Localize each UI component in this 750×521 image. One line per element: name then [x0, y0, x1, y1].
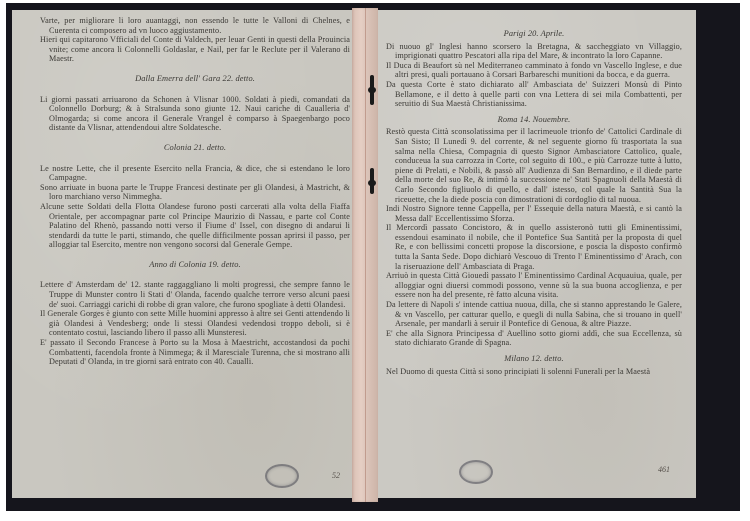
paragraph: Le nostre Lette, che il presente Esercit…	[40, 164, 350, 183]
library-stamp	[459, 460, 493, 484]
paragraph: Da lettere di Napoli s' intende cattiua …	[386, 300, 682, 329]
binding-thread-mark	[370, 75, 374, 105]
paragraph: Il Generale Gorges è giunto con sette Mi…	[40, 309, 350, 338]
left-page-text: Varte, per migliorare li loro auantaggi,…	[40, 16, 350, 367]
paragraph: Il Duca di Beaufort sù nel Mediterraneo …	[386, 61, 682, 80]
paragraph: Indi Nostro Signore tenne Cappella, per …	[386, 204, 682, 223]
paragraph: Il Mercordì passato Concistoro, & in que…	[386, 223, 682, 271]
book-gutter	[352, 8, 378, 502]
paragraph: Sono arriuate in buona parte le Truppe F…	[40, 183, 350, 202]
page-number: 461	[658, 465, 670, 474]
library-stamp	[265, 464, 299, 488]
paragraph: Li giorni passati arriuarono da Schonen …	[40, 95, 350, 133]
dateline-heading: Milano 12. detto.	[386, 354, 682, 364]
binding-thread-mark	[370, 168, 374, 194]
left-page: Varte, per migliorare li loro auantaggi,…	[12, 10, 362, 498]
dateline-heading: Dalla Emerra dell' Gara 22. detto.	[40, 74, 350, 84]
page-number: 52	[332, 471, 340, 480]
dateline-heading: Anno di Colonia 19. detto.	[40, 260, 350, 270]
paragraph: Hieri qui capitarono Vfficiali del Conte…	[40, 35, 350, 64]
paragraph: Nel Duomo di questa Città si sono princi…	[386, 367, 682, 377]
paragraph: Alcune sette Soldati della Flotta Olande…	[40, 202, 350, 250]
gutter-fold-line	[365, 8, 366, 502]
paragraph: Varte, per migliorare li loro auantaggi,…	[40, 16, 350, 35]
paragraph: E' che alla Signora Principessa d' Auell…	[386, 329, 682, 348]
paragraph: Arriuò in questa Città Giouedì passato l…	[386, 271, 682, 300]
paragraph: Restò questa Città sconsolatissima per i…	[386, 127, 682, 204]
paragraph: Lettere d' Amsterdam de' 12. stante ragg…	[40, 280, 350, 309]
paragraph: Di nuouo gl' Inglesi hanno scorsero la B…	[386, 42, 682, 61]
paragraph: E' passato il Secondo Francese à Porto s…	[40, 338, 350, 367]
right-page: Parigi 20. Aprile. Di nuouo gl' Inglesi …	[368, 10, 696, 498]
right-page-text: Parigi 20. Aprile. Di nuouo gl' Inglesi …	[386, 23, 682, 376]
paragraph: Da questa Corte è stato dichiarato all' …	[386, 80, 682, 109]
dateline-heading: Parigi 20. Aprile.	[386, 29, 682, 39]
dateline-heading: Colonia 21. detto.	[40, 143, 350, 153]
dateline-heading: Roma 14. Nouembre.	[386, 115, 682, 125]
